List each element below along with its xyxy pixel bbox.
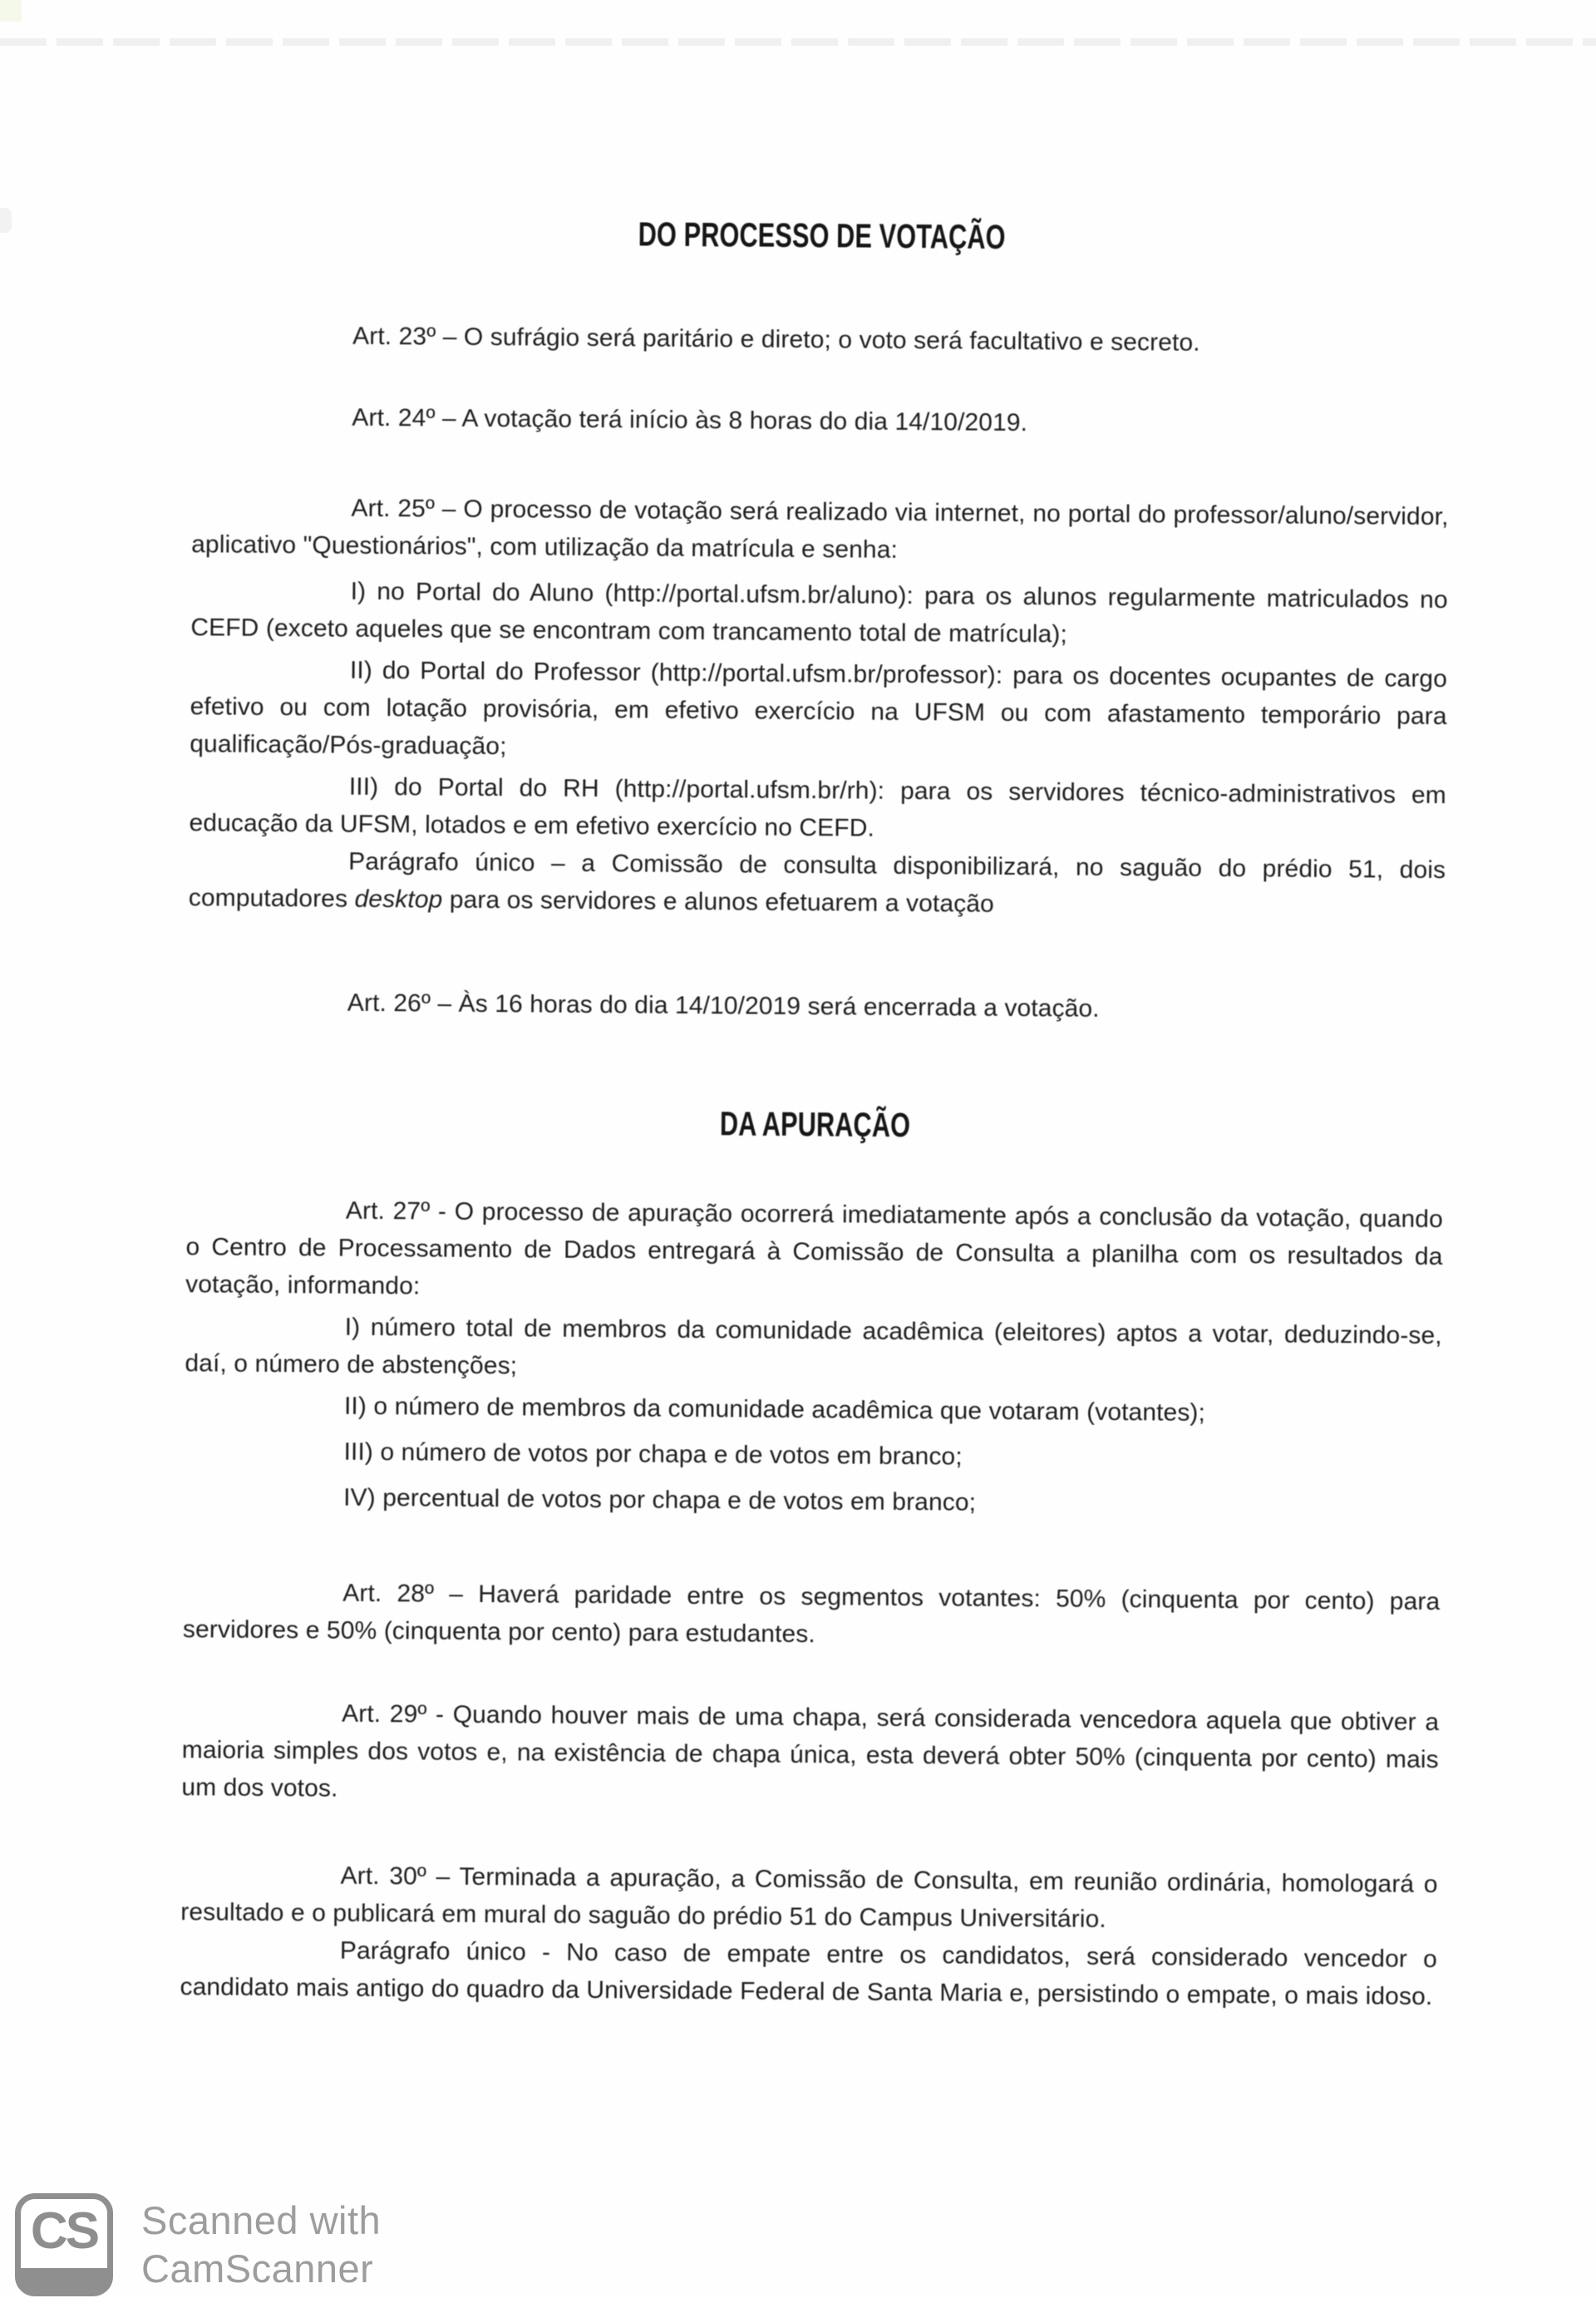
article-27-paragraph: Art. 27º - O processo de apuração ocorre… [185,1191,1443,1313]
article-23-paragraph: Art. 23º – O sufrágio será paritário e d… [193,316,1450,363]
article-30-paragraph: Art. 30º – Terminada a apuração, a Comis… [180,1856,1438,1940]
paragrafo-unico-text-post: para os servidores e alunos efetuarem a … [442,886,994,918]
camscanner-watermark: CS Scanned with CamScanner [0,2190,582,2298]
camscanner-logo-icon: CS [15,2193,113,2296]
camscanner-caption: Scanned with CamScanner [141,2197,381,2293]
article-28-paragraph: Art. 28º – Haverá paridade entre os segm… [183,1573,1441,1658]
scan-artifact-left-edge [0,208,12,233]
article-27-item-iii: III) o número de votos por chapa e de vo… [184,1432,1441,1479]
scanned-document-page: DO PROCESSO DE VOTAÇÃO Art. 23º – O sufr… [0,0,1596,2298]
paragrafo-unico-italic-word: desktop [354,885,442,914]
camscanner-caption-line2: CamScanner [141,2245,381,2293]
article-27-item-ii: II) o número de membros da comunidade ac… [185,1386,1441,1433]
article-25-item-iii: III) do Portal do RH (http://portal.ufsm… [189,767,1446,851]
article-25-item-i: I) no Portal do Aluno (http://portal.ufs… [190,571,1448,656]
section-title-processo-votacao: DO PROCESSO DE VOTAÇÃO [194,210,1451,260]
camscanner-logo-initials: CS [21,2206,107,2257]
camscanner-logo-band [21,2268,107,2291]
article-26-paragraph: Art. 26º – Às 16 horas do dia 14/10/2019… [188,983,1445,1030]
article-24-paragraph: Art. 24º – A votação terá início às 8 ho… [192,397,1449,445]
scan-artifact-top-left [0,0,22,22]
article-30-paragrafo-unico: Parágrafo único - No caso de empate entr… [180,1931,1437,2015]
article-29-paragraph: Art. 29º - Quando houver mais de uma cha… [181,1694,1439,1816]
document-body: DO PROCESSO DE VOTAÇÃO Art. 23º – O sufr… [180,0,1452,2015]
article-25-paragraph: Art. 25º – O processo de votação será re… [191,488,1449,573]
section-title-apuracao: DA APURAÇÃO [187,1099,1444,1149]
camscanner-caption-line1: Scanned with [141,2197,381,2245]
article-27-item-iv: IV) percentual de votos por chapa e de v… [184,1477,1441,1525]
article-25-paragrafo-unico: Parágrafo único – a Comissão de consulta… [189,841,1446,926]
article-25-item-ii: II) do Portal do Professor (http://porta… [190,650,1447,772]
article-27-item-i: I) número total de membros da comunidade… [185,1307,1442,1392]
